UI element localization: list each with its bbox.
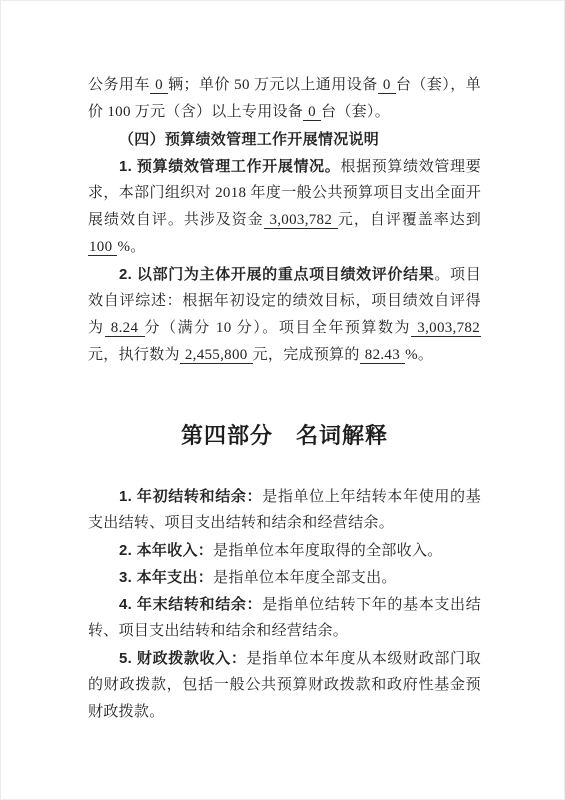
text-line: 求，本部门组织对 2018 年度一般公共预算项目支出全面开 [88, 180, 481, 207]
text-segment: 元，执行数为 [88, 347, 180, 363]
blank-value: 0 [150, 77, 168, 94]
text-segment: 分（满分 10 分）。项目全年预算数为 [145, 320, 411, 336]
text-segment: 支出结转、项目支出结转和结余和经营结余。 [88, 515, 394, 531]
blank-value: 3,003,782 [411, 320, 481, 337]
text-line: 公务用车 0 辆；单价 50 万元以上通用设备 0 台（套），单 [88, 72, 481, 99]
text-segment: 价 100 万元（含）以上专用设备 [88, 104, 303, 120]
text-line: 元，执行数为 2,455,800 元，完成预算的 82.43 %。 [88, 342, 481, 369]
emphasis-text: 4. 年末结转和结余： [119, 596, 262, 613]
text-segment: 展绩效自评。共涉及资金 [88, 212, 264, 228]
emphasis-text: （四）预算绩效管理工作开展情况说明 [119, 131, 379, 148]
blank-value: 2,455,800 [180, 347, 253, 364]
text-segment: 求，本部门组织对 2018 年度一般公共预算项目支出全面开 [88, 185, 481, 201]
glossary-section: 1. 年初结转和结余：是指单位上年结转本年使用的基本支出结转、项目支出结转和结余… [88, 483, 481, 726]
emphasis-text: 2. 以部门为主体开展的重点项目绩效评价结果 [119, 266, 434, 283]
text-line: 价 100 万元（含）以上专用设备 0 台（套）。 [88, 99, 481, 126]
emphasis-text: 2. 本年收入： [119, 542, 213, 559]
text-segment: 为 [88, 320, 105, 336]
text-line: 100 %。 [88, 234, 481, 261]
text-line: 3. 本年支出：是指单位本年度全部支出。 [88, 564, 481, 591]
section-title: 第四部分 名词解释 [88, 418, 481, 454]
text-line: 的财政拨款，包括一般公共预算财政拨款和政府性基金预算 [88, 672, 481, 699]
text-segment: 根据预算绩效管理要 [340, 159, 481, 175]
text-segment: 元，完成预算的 [253, 347, 360, 363]
text-line: 1. 年初结转和结余：是指单位上年结转本年使用的基本 [88, 483, 481, 510]
blank-value: 8.24 [105, 320, 145, 337]
text-segment: 元，自评覆盖率达到 [338, 212, 481, 228]
text-line: 展绩效自评。共涉及资金 3,003,782 元，自评覆盖率达到 [88, 207, 481, 234]
text-segment: 是指单位本年度全部支出。 [213, 570, 397, 586]
blank-value: 0 [378, 77, 396, 94]
text-line: 2. 本年收入：是指单位本年度取得的全部收入。 [88, 537, 481, 564]
emphasis-text: 1. 预算绩效管理工作开展情况。 [119, 158, 340, 175]
text-segment: 效自评综述：根据年初设定的绩效目标，项目绩效自评得分 [88, 293, 481, 315]
text-segment: %。 [117, 239, 145, 255]
emphasis-text: 3. 本年支出： [119, 569, 213, 586]
blank-value: 3,003,782 [264, 212, 338, 229]
text-line: 支出结转、项目支出结转和结余和经营结余。 [88, 510, 481, 537]
budget-performance-section: 公务用车 0 辆；单价 50 万元以上通用设备 0 台（套），单价 100 万元… [88, 72, 481, 369]
emphasis-text: 1. 年初结转和结余： [119, 488, 262, 505]
emphasis-text: 5. 财政拨款收入： [119, 650, 247, 667]
text-segment: 公务用车 [88, 77, 150, 93]
text-segment: 台（套），单 [396, 77, 481, 93]
blank-value: 82.43 [360, 347, 405, 364]
text-segment: 台（套）。 [321, 104, 390, 120]
text-line: （四）预算绩效管理工作开展情况说明 [88, 126, 481, 153]
text-segment: 辆；单价 50 万元以上通用设备 [168, 77, 378, 93]
text-segment: 是指单位结转下年的基本支出结 [262, 597, 481, 613]
text-line: 5. 财政拨款收入：是指单位本年度从本级财政部门取得 [88, 645, 481, 672]
text-line: 4. 年末结转和结余：是指单位结转下年的基本支出结 [88, 591, 481, 618]
blank-value: 100 [88, 239, 117, 256]
text-line: 1. 预算绩效管理工作开展情况。根据预算绩效管理要 [88, 153, 481, 180]
text-line: 转、项目支出结转和结余和经营结余。 [88, 618, 481, 645]
text-line: 财政拨款。 [88, 699, 481, 726]
document-page: 公务用车 0 辆；单价 50 万元以上通用设备 0 台（套），单价 100 万元… [0, 0, 565, 800]
text-segment: 财政拨款。 [88, 704, 165, 720]
text-segment: 的财政拨款，包括一般公共预算财政拨款和政府性基金预算 [88, 677, 481, 699]
text-line: 为 8.24 分（满分 10 分）。项目全年预算数为 3,003,782 [88, 315, 481, 342]
text-segment: %。 [405, 347, 433, 363]
text-segment: 是指单位本年度取得的全部收入。 [213, 543, 443, 559]
text-line: 2. 以部门为主体开展的重点项目绩效评价结果。项目绩 [88, 261, 481, 288]
text-segment: 转、项目支出结转和结余和经营结余。 [88, 623, 348, 639]
text-line: 效自评综述：根据年初设定的绩效目标，项目绩效自评得分 [88, 288, 481, 315]
blank-value: 0 [303, 104, 321, 121]
